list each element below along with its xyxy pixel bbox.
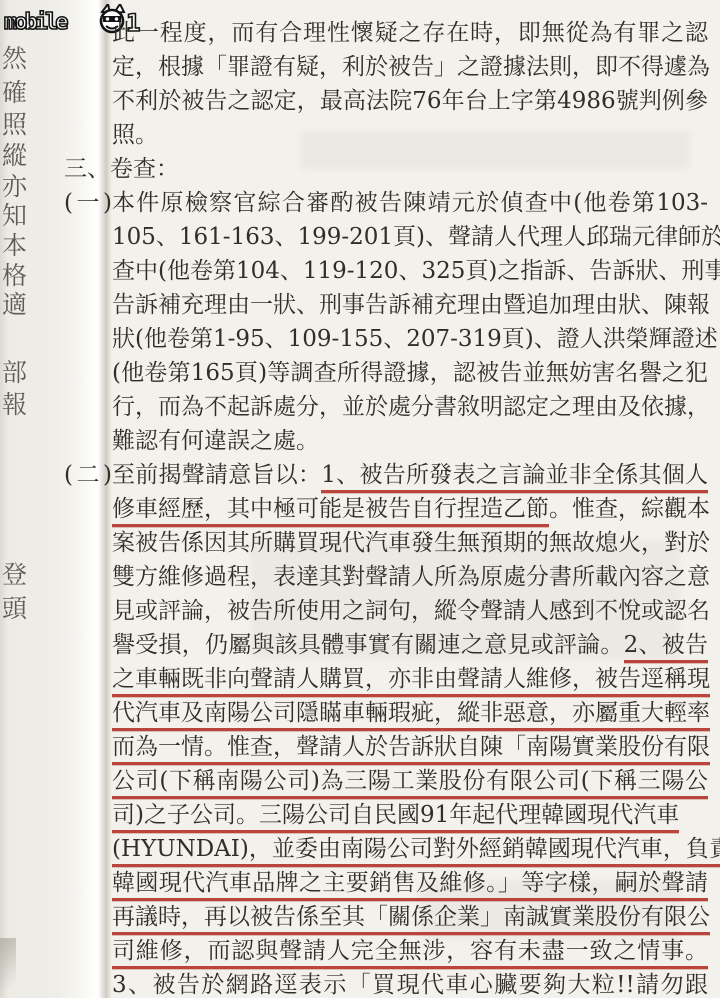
text-line: 105、161-163、199-201頁)、聲請人代理人邱瑞元律師於偵	[112, 220, 708, 254]
text-segment: 定，根據「罪證有疑，利於被告」之證據法則，即不得遽為	[112, 54, 710, 80]
edge-partial-glyph: 格	[2, 261, 36, 291]
red-underlined-text: 公司(下稱南陽公司)為三陽工業股份有限公司(下稱三陽公	[112, 768, 708, 799]
text-line: 再議時，再以被告係至其「關係企業」南誠實業股份有限公	[112, 900, 708, 934]
scan-corner-shadow	[0, 938, 16, 998]
red-underlined-text: 韓國現代汽車品牌之主要銷售及維修。」等字樣，嗣於聲請	[112, 870, 708, 901]
text-line: 定，根據「罪證有疑，利於被告」之證據法則，即不得遽為	[112, 50, 708, 84]
mobile-wordmark: mobile	[4, 10, 68, 35]
text-segment: 譽受損，仍屬與該具體事實有關連之意見或評論。	[112, 632, 624, 658]
edge-partial-glyph: 本	[2, 231, 36, 261]
edge-partial-glyph: 部	[2, 358, 36, 388]
red-underlined-text: 司)之子公司。三陽公司自民國91年起代理韓國現代汽車	[112, 802, 679, 833]
red-underlined-text: 代汽車及南陽公司隱瞞車輛瑕疵，縱非惡意，亦屬重大輕率	[112, 700, 710, 731]
text-line: 代汽車及南陽公司隱瞞車輛瑕疵，縱非惡意，亦屬重大輕率	[112, 696, 708, 730]
red-underlined-text: 之車輛既非向聲請人購買，亦非由聲請人維修，被告逕稱現	[112, 666, 710, 697]
scanned-document-page: 然確照縱亦知本格適部報登頭 mobile 1 此一程度，而有合理性懷疑之存在時，…	[0, 0, 720, 998]
text-line: 照。	[112, 118, 708, 152]
text-line: 修車經歷，其中極可能是被告自行捏造乙節。惟查，綜觀本	[112, 492, 708, 526]
item-marker: (一)	[64, 186, 112, 220]
text-line: 不利於被告之認定，最高法院76年台上字第4986號判例參	[112, 84, 708, 118]
text-segment: 至前揭聲請意旨以：	[112, 462, 321, 488]
edge-partial-glyph: 報	[2, 390, 36, 420]
text-line: 查中(他卷第104、119-120、325頁)之指訴、告訴狀、刑事	[112, 254, 708, 288]
red-underlined-text: 司維修，而認與聲請人完全無涉，容有未盡一致之情事。	[112, 938, 708, 969]
text-line: (HYUNDAI)，並委由南陽公司對外經銷韓國現代汽車，負責	[112, 832, 708, 866]
red-underlined-text: 而為一情。惟查，聲請人於告訴狀自陳「南陽實業股份有限	[112, 734, 710, 765]
text-line: (一)本件原檢察官綜合審酌被告陳靖元於偵查中(他卷第103-	[112, 186, 708, 220]
text-segment: 三、卷查：	[64, 156, 179, 182]
edge-partial-glyph: 確	[2, 78, 36, 108]
text-segment: 見或評論，被告所使用之詞句，縱令聲請人感到不悅或認名	[112, 598, 710, 624]
text-line: 見或評論，被告所使用之詞句，縱令聲請人感到不悅或認名	[112, 594, 708, 628]
text-segment: 查中(他卷第104、119-120、325頁)之指訴、告訴狀、刑事	[112, 258, 720, 284]
edge-partial-glyph: 縱	[2, 141, 36, 171]
item-marker: (二)	[64, 458, 112, 492]
text-segment: 照。	[112, 122, 158, 148]
text-segment: 案被告係因其所購買現代汽車發生無預期的無故熄火，對於	[112, 530, 710, 556]
text-line: 司)之子公司。三陽公司自民國91年起代理韓國現代汽車	[112, 798, 708, 832]
text-line: 公司(下稱南陽公司)為三陽工業股份有限公司(下稱三陽公	[112, 764, 708, 798]
text-segment: 狀(他卷第1-95、109-155、207-319頁)、證人洪榮輝證述	[112, 326, 718, 352]
document-text: 此一程度，而有合理性懷疑之存在時，即無從為有罪之認定，根據「罪證有疑，利於被告」…	[64, 16, 708, 998]
text-line: 雙方維修過程，表達其對聲請人所為原處分書所載內容之意	[112, 560, 708, 594]
edge-partial-glyph: 亦	[2, 172, 36, 202]
edge-partial-glyph: 登	[2, 560, 36, 590]
edge-partial-glyph: 頭	[2, 594, 36, 624]
text-segment: 不利於被告之認定，最高法院76年台上字第4986號判例參	[112, 88, 708, 114]
text-segment: 雙方維修過程，表達其對聲請人所為原處分書所載內容之意	[112, 564, 710, 590]
text-line: 司維修，而認與聲請人完全無涉，容有未盡一致之情事。	[112, 934, 708, 968]
text-segment: 105、161-163、199-201頁)、聲請人代理人邱瑞元律師於偵	[112, 224, 720, 250]
text-segment: 3、被告於網路逕表示「買現代車心臟要夠大粒!!請勿跟	[112, 972, 708, 998]
red-underlined-text: 修車經歷，其中極可能是被告自行捏造乙節	[112, 496, 549, 527]
text-line: 告訴補充理由一狀、刑事告訴補充理由暨追加理由狀、陳報	[112, 288, 708, 322]
text-segment: 行，而為不起訴處分，並於處分書敘明認定之理由及依據，	[112, 394, 710, 420]
text-line: 之車輛既非向聲請人購買，亦非由聲請人維修，被告逕稱現	[112, 662, 708, 696]
edge-partial-glyph: 知	[2, 201, 36, 231]
edge-partial-glyph: 然	[2, 44, 36, 74]
text-line: (他卷第165頁)等調查所得證據，認被告並無妨害名譽之犯	[112, 356, 708, 390]
text-line: 三、卷查：	[64, 152, 708, 186]
red-underlined-text: 再議時，再以被告係至其「關係企業」南誠實業股份有限公	[112, 904, 710, 935]
text-segment: 。惟查，綜觀本	[549, 496, 710, 522]
text-segment: 告訴補充理由一狀、刑事告訴補充理由暨追加理由狀、陳報	[112, 292, 710, 318]
text-line: (二)至前揭聲請意旨以：1、被告所發表之言論並非全係其個人	[112, 458, 708, 492]
edge-partial-glyph: 適	[2, 290, 36, 320]
edge-partial-glyph: 照	[2, 110, 36, 140]
text-segment: 此一程度，而有合理性懷疑之存在時，即無從為有罪之認	[112, 20, 708, 46]
text-line: 難認有何違誤之處。	[112, 424, 708, 458]
text-line: 譽受損，仍屬與該具體事實有關連之意見或評論。2、被告	[112, 628, 708, 662]
text-line: 狀(他卷第1-95、109-155、207-319頁)、證人洪榮輝證述	[112, 322, 708, 356]
text-line: 韓國現代汽車品牌之主要銷售及維修。」等字樣，嗣於聲請	[112, 866, 708, 900]
text-segment: 難認有何違誤之處。	[112, 428, 319, 454]
red-underlined-text: 1、被告所發表之言論並非全係其個人	[321, 462, 708, 493]
text-line: 而為一情。惟查，聲請人於告訴狀自陳「南陽實業股份有限	[112, 730, 708, 764]
text-line: 行，而為不起訴處分，並於處分書敘明認定之理由及依據，	[112, 390, 708, 424]
text-line: 案被告係因其所購買現代汽車發生無預期的無故熄火，對於	[112, 526, 708, 560]
text-line: 3、被告於網路逕表示「買現代車心臟要夠大粒!!請勿跟	[112, 968, 708, 998]
text-line: 此一程度，而有合理性懷疑之存在時，即無從為有罪之認	[112, 16, 708, 50]
red-underlined-text: (HYUNDAI)，並委由南陽公司對外經銷韓國現代汽車，負責	[112, 836, 720, 867]
text-segment: 本件原檢察官綜合審酌被告陳靖元於偵查中(他卷第103-	[112, 190, 708, 216]
red-underlined-text: 2、被告	[624, 632, 708, 663]
text-segment: (他卷第165頁)等調查所得證據，認被告並無妨害名譽之犯	[112, 360, 708, 386]
